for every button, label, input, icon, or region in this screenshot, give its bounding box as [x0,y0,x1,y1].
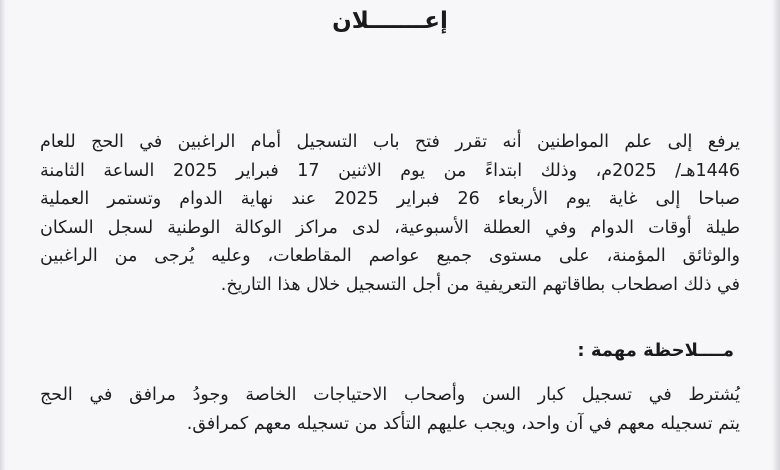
page-edge-left [0,0,6,470]
important-note-heading: مــــلاحظة مهمة : [577,340,734,361]
main-paragraph-line: 1446هـ/ 2025م، وذلك ابتداءً من يوم الاثن… [40,157,740,186]
main-paragraph: يرفع إلى علم المواطنين أنه تقرر فتح باب … [40,128,740,299]
main-paragraph-line: طيلة أوقات الدوام وفي العطلة الأسبوعية، … [40,214,740,243]
note-paragraph-line: يُشترط في تسجيل كبار السن وأصحاب الاحتيا… [40,381,740,410]
main-paragraph-line: والوثائق المؤمنة، على مستوى جميع عواصم ا… [40,242,740,271]
announcement-title: إعـــــــلان [0,8,780,34]
page-edge-right [772,0,780,470]
main-paragraph-line: يرفع إلى علم المواطنين أنه تقرر فتح باب … [40,128,740,157]
main-paragraph-line: في ذلك اصطحاب بطاقاتهم التعريفية من أجل … [40,271,740,300]
main-paragraph-line: صباحا إلى غاية يوم الأربعاء 26 فبراير 20… [40,185,740,214]
note-paragraph-line: يتم تسجيله معهم في آن واحد، ويجب عليهم ا… [40,410,740,439]
scanned-page: إعـــــــلان يرفع إلى علم المواطنين أنه … [0,0,780,470]
important-note-paragraph: يُشترط في تسجيل كبار السن وأصحاب الاحتيا… [40,381,740,438]
